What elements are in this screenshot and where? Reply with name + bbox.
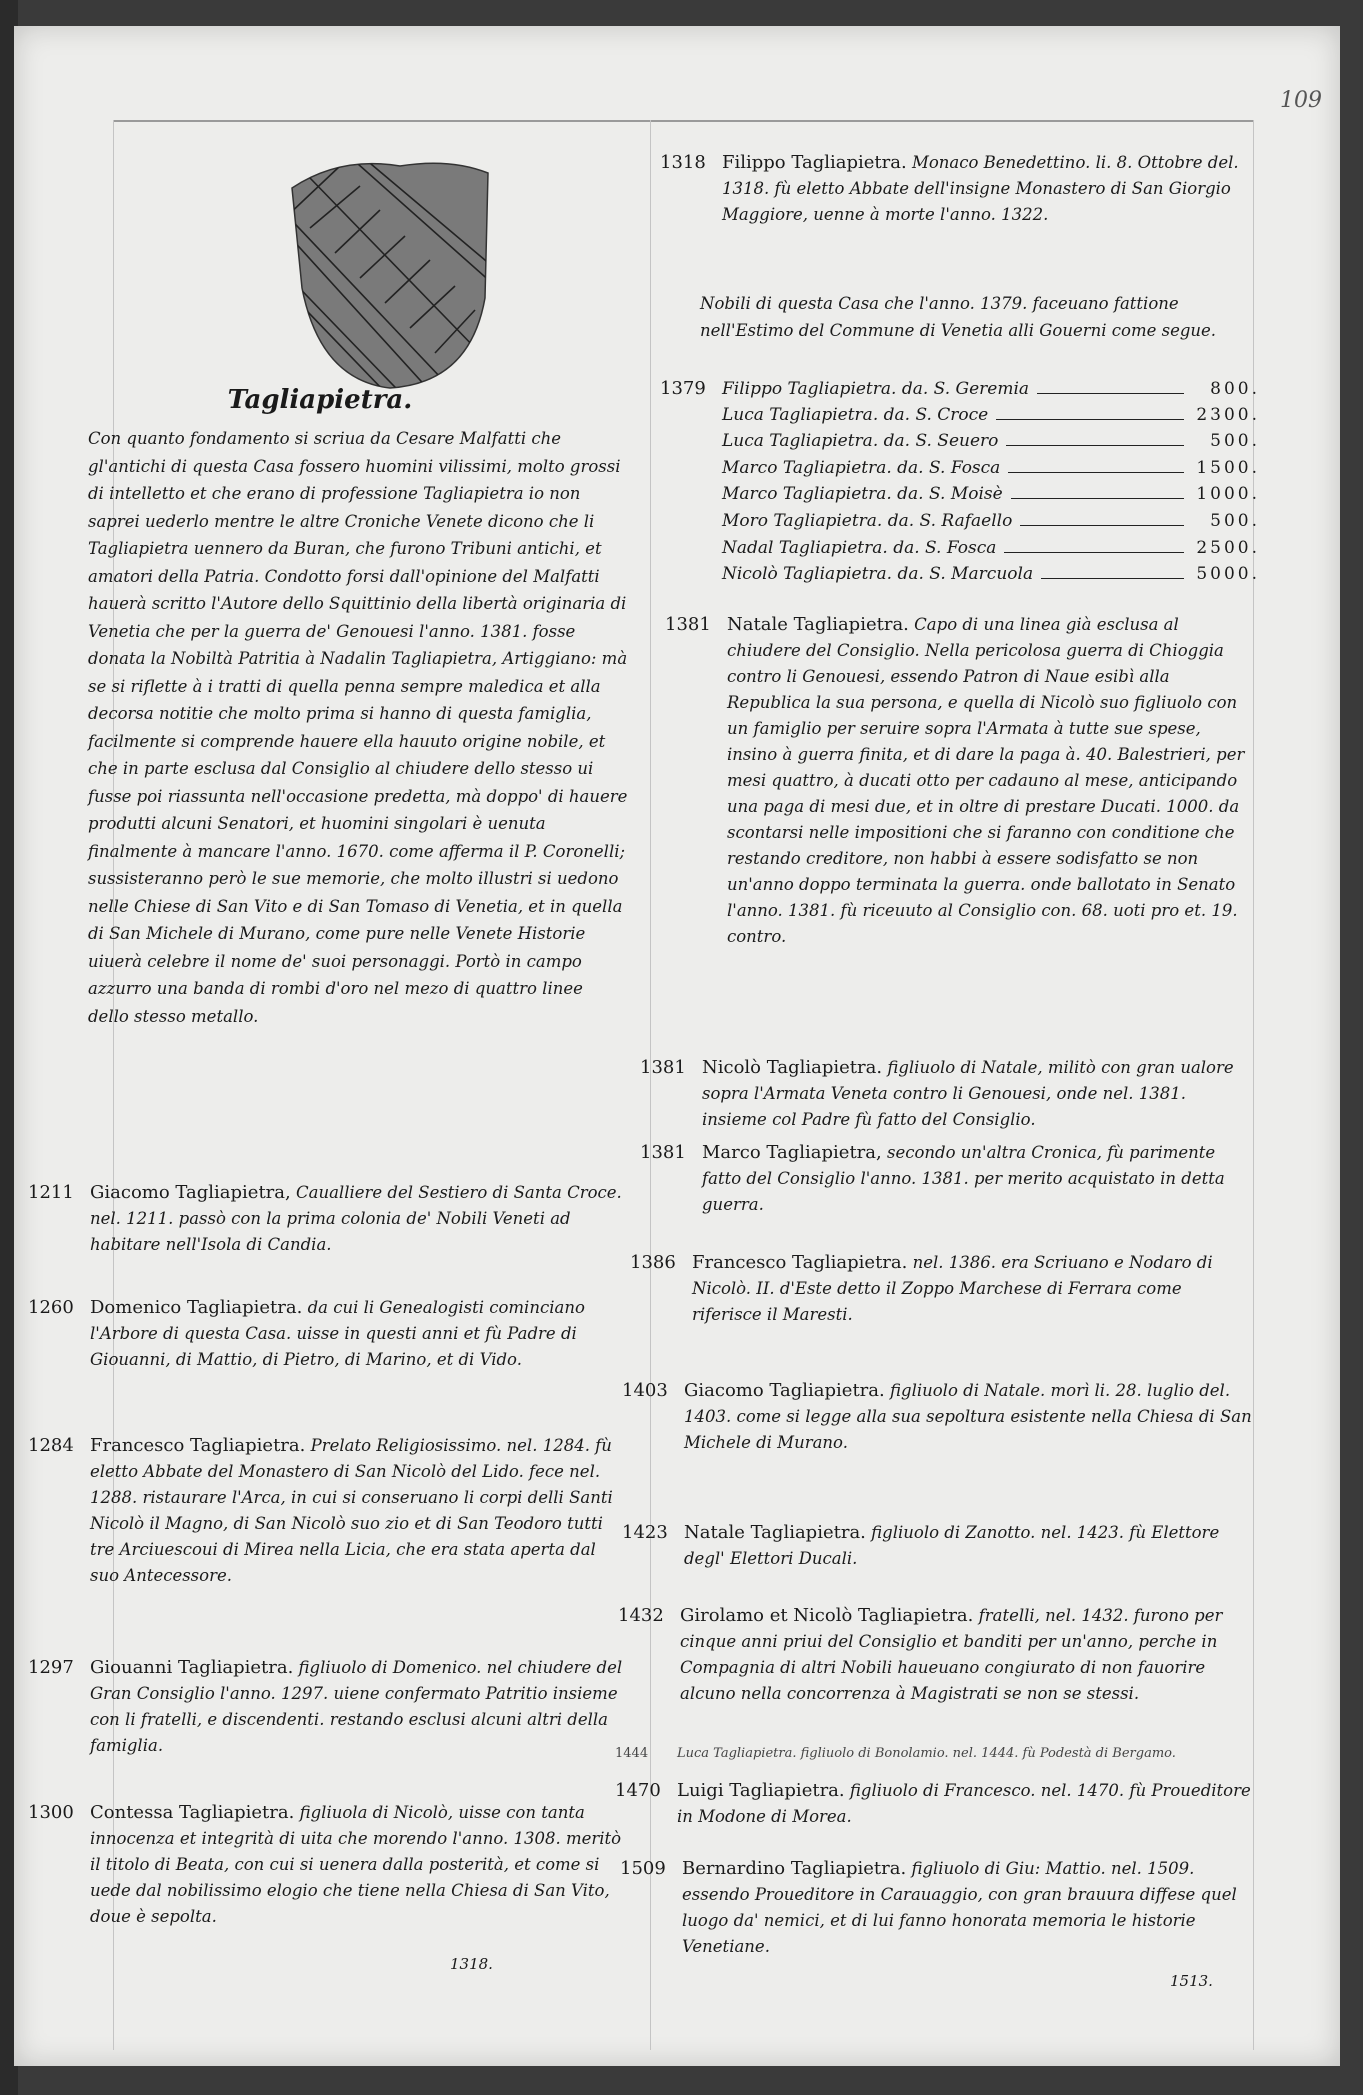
family-heading: Tagliapietra. [0, 385, 640, 415]
entry-1297: 1297 Giouanni Tagliapietra. figliuolo di… [28, 1655, 628, 1759]
intro-paragraph: Con quanto fondamento si scriua da Cesar… [88, 425, 628, 1030]
folio-number: 109 [1280, 88, 1322, 113]
entry-1381-marco: 1381 Marco Tagliapietra, secondo un'altr… [640, 1140, 1255, 1218]
entry-name: Domenico Tagliapietra. [90, 1297, 302, 1318]
estimo-row: Nadal Tagliapietra. da. S. Fosca2500. [660, 538, 1260, 565]
entry-1403: 1403 Giacomo Tagliapietra. figliuolo di … [622, 1378, 1255, 1456]
entry-name: Giacomo Tagliapietra, [90, 1182, 291, 1203]
entry-1318: 1318 Filippo Tagliapietra. Monaco Benede… [660, 150, 1250, 228]
entry-year: 1318 [660, 150, 706, 176]
coat-of-arms-icon [280, 148, 500, 393]
entry-name: Francesco Tagliapietra. [90, 1435, 305, 1456]
entry-name: Contessa Tagliapietra. [90, 1802, 294, 1823]
entry-1470: 1470 Luigi Tagliapietra. figliuolo di Fr… [615, 1778, 1255, 1830]
entry-1381-natale: 1381 Natale Tagliapietra. Capo di una li… [665, 612, 1255, 950]
catchword-left: 1318. [450, 1955, 493, 1973]
estimo-row: Luca Tagliapietra. da. S. Seuero500. [660, 431, 1260, 458]
estimo-row: Marco Tagliapietra. da. S. Fosca1500. [660, 458, 1260, 485]
entry-1284: 1284 Francesco Tagliapietra. Prelato Rel… [28, 1433, 628, 1589]
estimo-row: Luca Tagliapietra. da. S. Croce2300. [660, 405, 1260, 432]
entry-name: Giouanni Tagliapietra. [90, 1657, 293, 1678]
entry-1211: 1211 Giacomo Tagliapietra, Caualliere de… [28, 1180, 628, 1258]
estimo-row: 1379Filippo Tagliapietra. da. S. Geremia… [660, 378, 1260, 405]
entry-year: 1211 [28, 1180, 74, 1206]
entry-1386: 1386 Francesco Tagliapietra. nel. 1386. … [630, 1250, 1255, 1328]
estimo-row: Nicolò Tagliapietra. da. S. Marcuola5000… [660, 564, 1260, 591]
estimo-intro: Nobili di questa Casa che l'anno. 1379. … [700, 290, 1250, 344]
entry-year: 1297 [28, 1655, 74, 1681]
entry-year: 1284 [28, 1433, 74, 1459]
entry-1432: 1432 Girolamo et Nicolò Tagliapietra. fr… [618, 1603, 1255, 1707]
entry-1444-marginal: 1444 Luca Tagliapietra. figliuolo di Bon… [615, 1746, 1255, 1762]
entry-1423: 1423 Natale Tagliapietra. figliuolo di Z… [622, 1520, 1255, 1572]
entry-name: Filippo Tagliapietra. [722, 152, 907, 173]
entry-1260: 1260 Domenico Tagliapietra. da cui li Ge… [28, 1295, 628, 1373]
entry-text: Prelato Religiosissimo. nel. 1284. fù el… [90, 1436, 613, 1585]
entry-year: 1300 [28, 1800, 74, 1826]
estimo-row: Marco Tagliapietra. da. S. Moisè1000. [660, 484, 1260, 511]
entry-1300: 1300 Contessa Tagliapietra. figliuola di… [28, 1800, 628, 1930]
estimo-row: Moro Tagliapietra. da. S. Rafaello500. [660, 511, 1260, 538]
entry-1381-nicolo: 1381 Nicolò Tagliapietra. figliuolo di N… [640, 1055, 1255, 1133]
estimo-table: 1379Filippo Tagliapietra. da. S. Geremia… [660, 378, 1260, 591]
frame-rule-top [113, 120, 1253, 122]
estimo-year: 1379 [660, 378, 722, 399]
entry-1509: 1509 Bernardino Tagliapietra. figliuolo … [620, 1856, 1255, 1960]
entry-year: 1260 [28, 1295, 74, 1321]
catchword-right: 1513. [1170, 1972, 1213, 1990]
